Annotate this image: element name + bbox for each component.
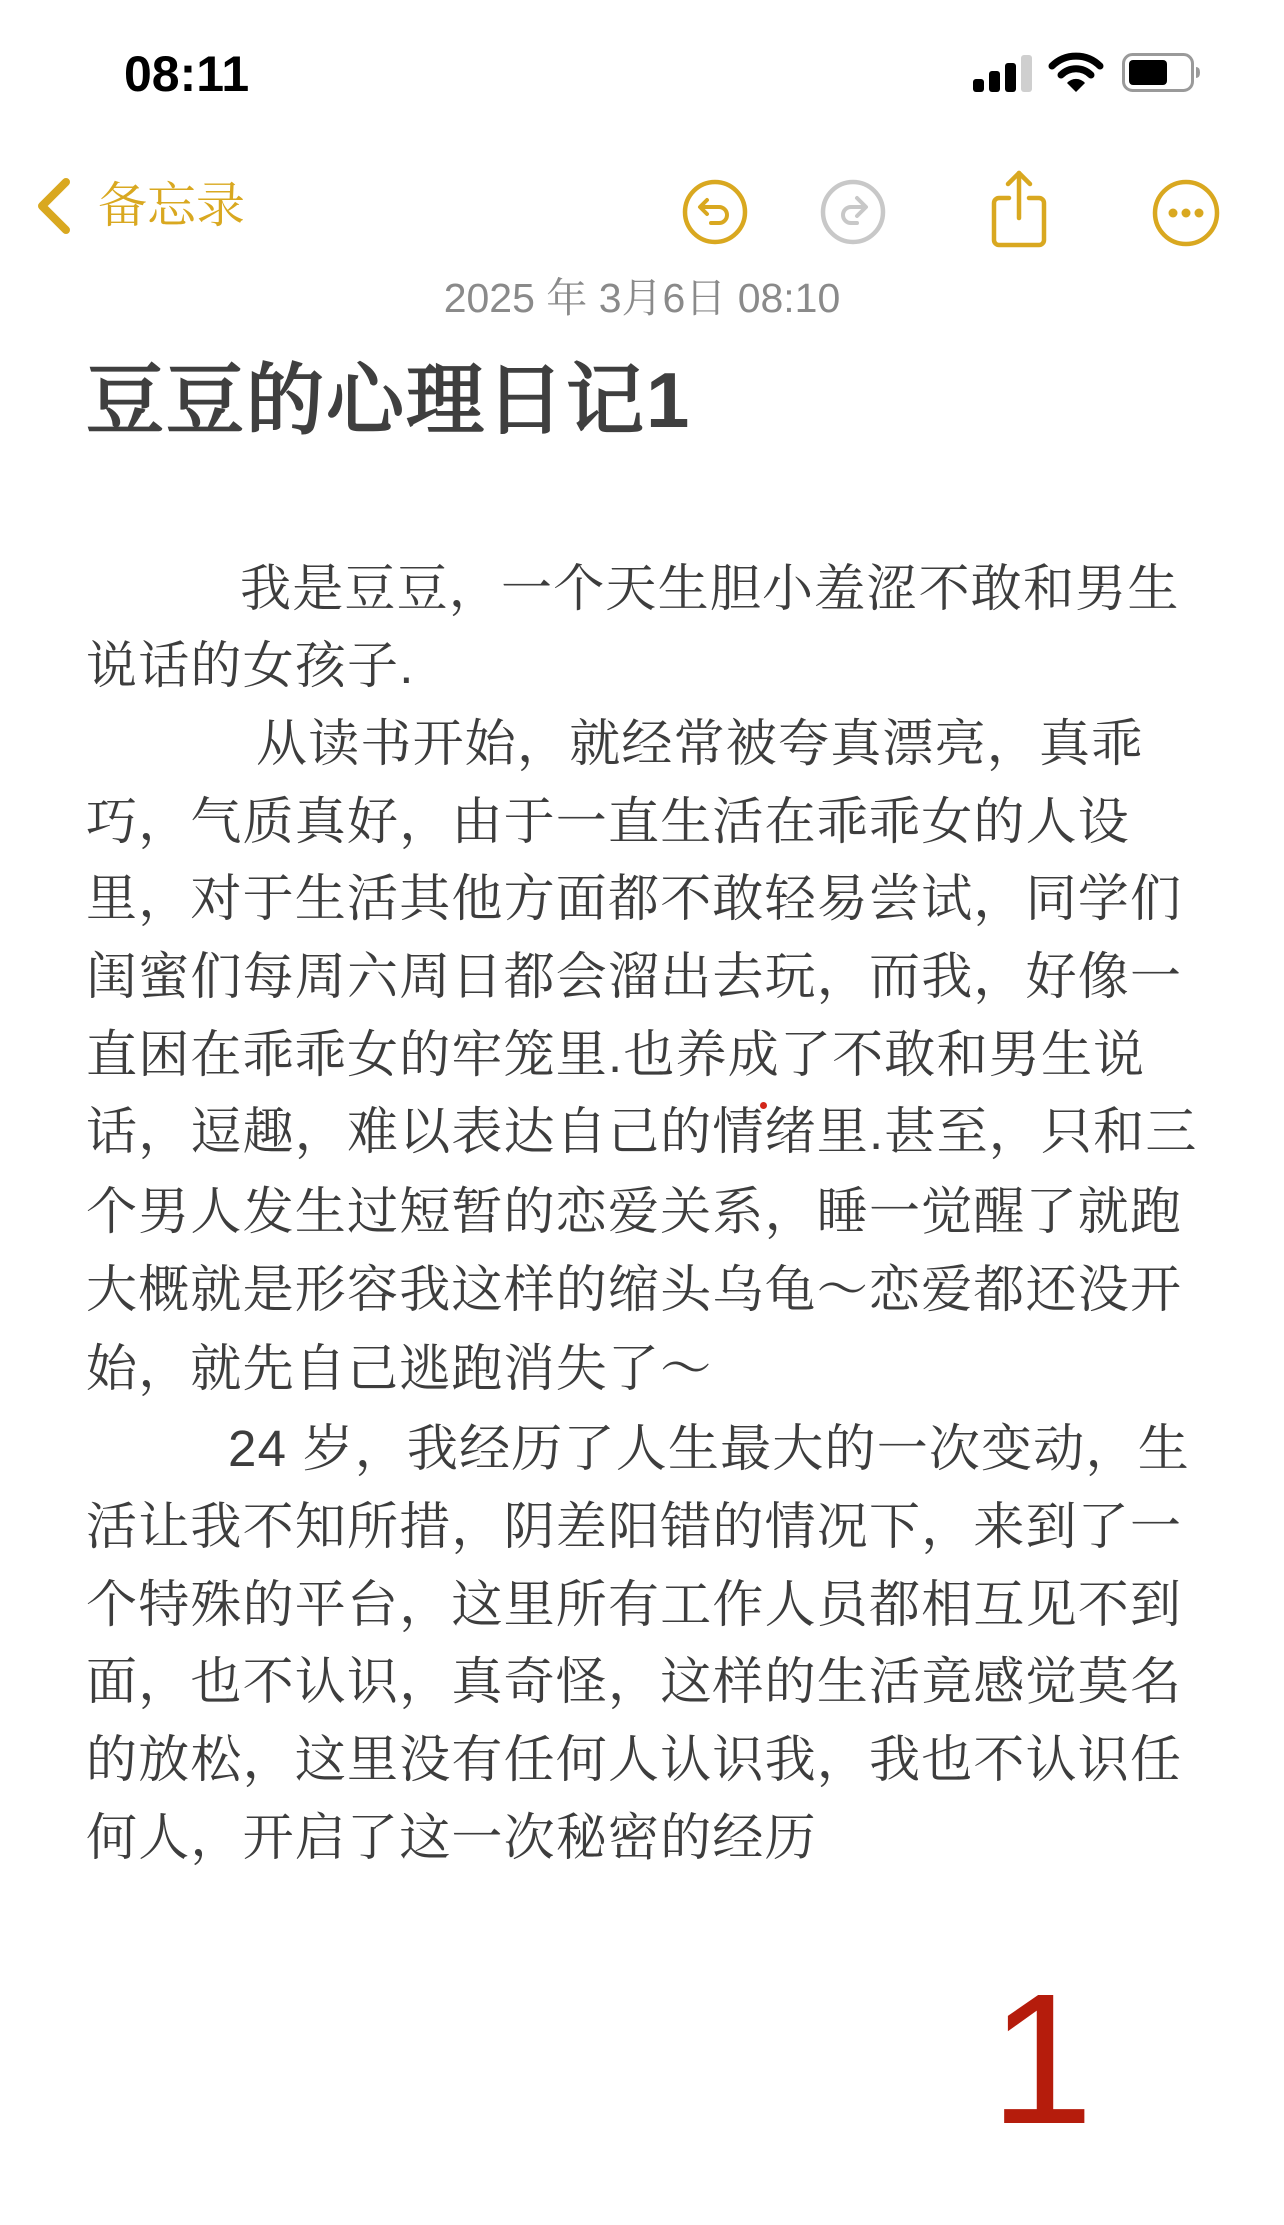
redo-icon [819,233,887,250]
body-line: 巧，气质真好，由于一直生活在乖乖女的人设 [86,792,1130,852]
note-date: 2025 年 3月6日 08:10 [0,272,1284,324]
share-button[interactable] [987,168,1051,248]
battery-icon [1122,53,1202,93]
share-icon [987,235,1051,252]
back-button[interactable]: 备忘录 [34,170,245,242]
body-line: 说话的女孩子. [86,636,415,696]
body-line: 我是豆豆，一个天生胆小羞涩不敢和男生 [240,559,1180,619]
more-button[interactable] [1151,178,1221,248]
note-title[interactable]: 豆豆的心理日记1 [86,352,691,448]
status-time: 08:11 [124,46,249,102]
wifi-icon [1048,52,1104,94]
more-icon [1151,235,1221,252]
body-line: 话，逗趣，难以表达自己的情绪里.甚至，只和三 [86,1102,1198,1162]
undo-icon [681,233,749,250]
body-line: 何人，开启了这一次秘密的经历 [86,1808,817,1868]
page-number: 1 [990,1960,1093,2160]
body-line: 面，也不认识，真奇怪，这样的生活竟感觉莫名 [86,1652,1182,1712]
signal-icon [973,54,1033,92]
body-line: 个男人发生过短暂的恋爱关系，睡一觉醒了就跑 [86,1182,1182,1242]
body-line: 从读书开始，就经常被夸真漂亮，真乖 [256,714,1143,774]
body-line: 始，就先自己逃跑消失了～ [86,1339,712,1399]
body-line: 大概就是形容我这样的缩头乌龟～恋爱都还没开 [86,1260,1182,1320]
body-line: 活让我不知所措，阴差阳错的情况下，来到了一 [86,1497,1182,1557]
body-line: 的放松，这里没有任何人认识我，我也不认识任 [86,1730,1182,1790]
body-line: 里，对于生活其他方面都不敢轻易尝试，同学们 [86,869,1182,929]
redo-button[interactable] [819,178,887,246]
body-line: 闺蜜们每周六周日都会溜出去玩，而我，好像一 [86,947,1182,1007]
body-line: 直困在乖乖女的牢笼里.也养成了不敢和男生说 [86,1025,1145,1085]
body-line: 24 岁，我经历了人生最大的一次变动，生 [228,1419,1190,1479]
undo-button[interactable] [681,178,749,246]
cursor-dot [760,1102,767,1109]
back-label: 备忘录 [98,176,245,236]
body-line: 个特殊的平台，这里所有工作人员都相互见不到 [86,1575,1182,1635]
chevron-left-icon [34,176,72,236]
